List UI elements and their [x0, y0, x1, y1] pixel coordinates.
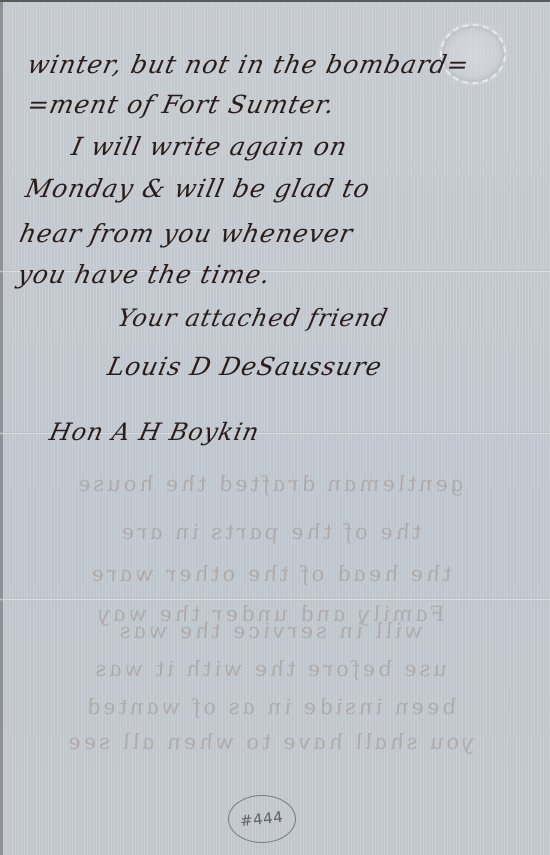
letter-body-line: I will write again on: [69, 132, 350, 161]
bleed-through-line: will in service the was: [17, 619, 523, 643]
bleed-through-line: the of the parts in are: [17, 520, 523, 544]
bleed-through-line: you shall have to when all see: [17, 730, 523, 754]
letter-page: gentleman drafted the house the of the p…: [0, 0, 550, 855]
letter-closing: Your attached friend: [115, 304, 391, 332]
page-edge: [0, 2, 3, 855]
letter-body-line: Monday & will be glad to: [23, 174, 373, 203]
bleed-through-line: use before the with it was: [17, 657, 523, 681]
letter-body-line: hear from you whenever: [17, 219, 356, 248]
letter-body-line: you have the time.: [15, 260, 274, 289]
letter-body-line: =ment of Fort Sumter.: [25, 90, 338, 119]
letter-body-line: winter, but not in the bombard=: [25, 50, 472, 79]
archive-number-stamp: #444: [228, 795, 296, 843]
fold-crease: [0, 598, 550, 601]
bleed-through-line: gentleman drafted the house: [17, 472, 523, 496]
archive-number: #444: [240, 808, 285, 830]
bleed-through-line: the head of the other ware: [17, 562, 523, 586]
letter-addressee: Hon A H Boykin: [47, 418, 262, 446]
bleed-through-line: been inside in as of wanted: [17, 695, 523, 719]
letter-signature: Louis D DeSaussure: [105, 352, 385, 381]
